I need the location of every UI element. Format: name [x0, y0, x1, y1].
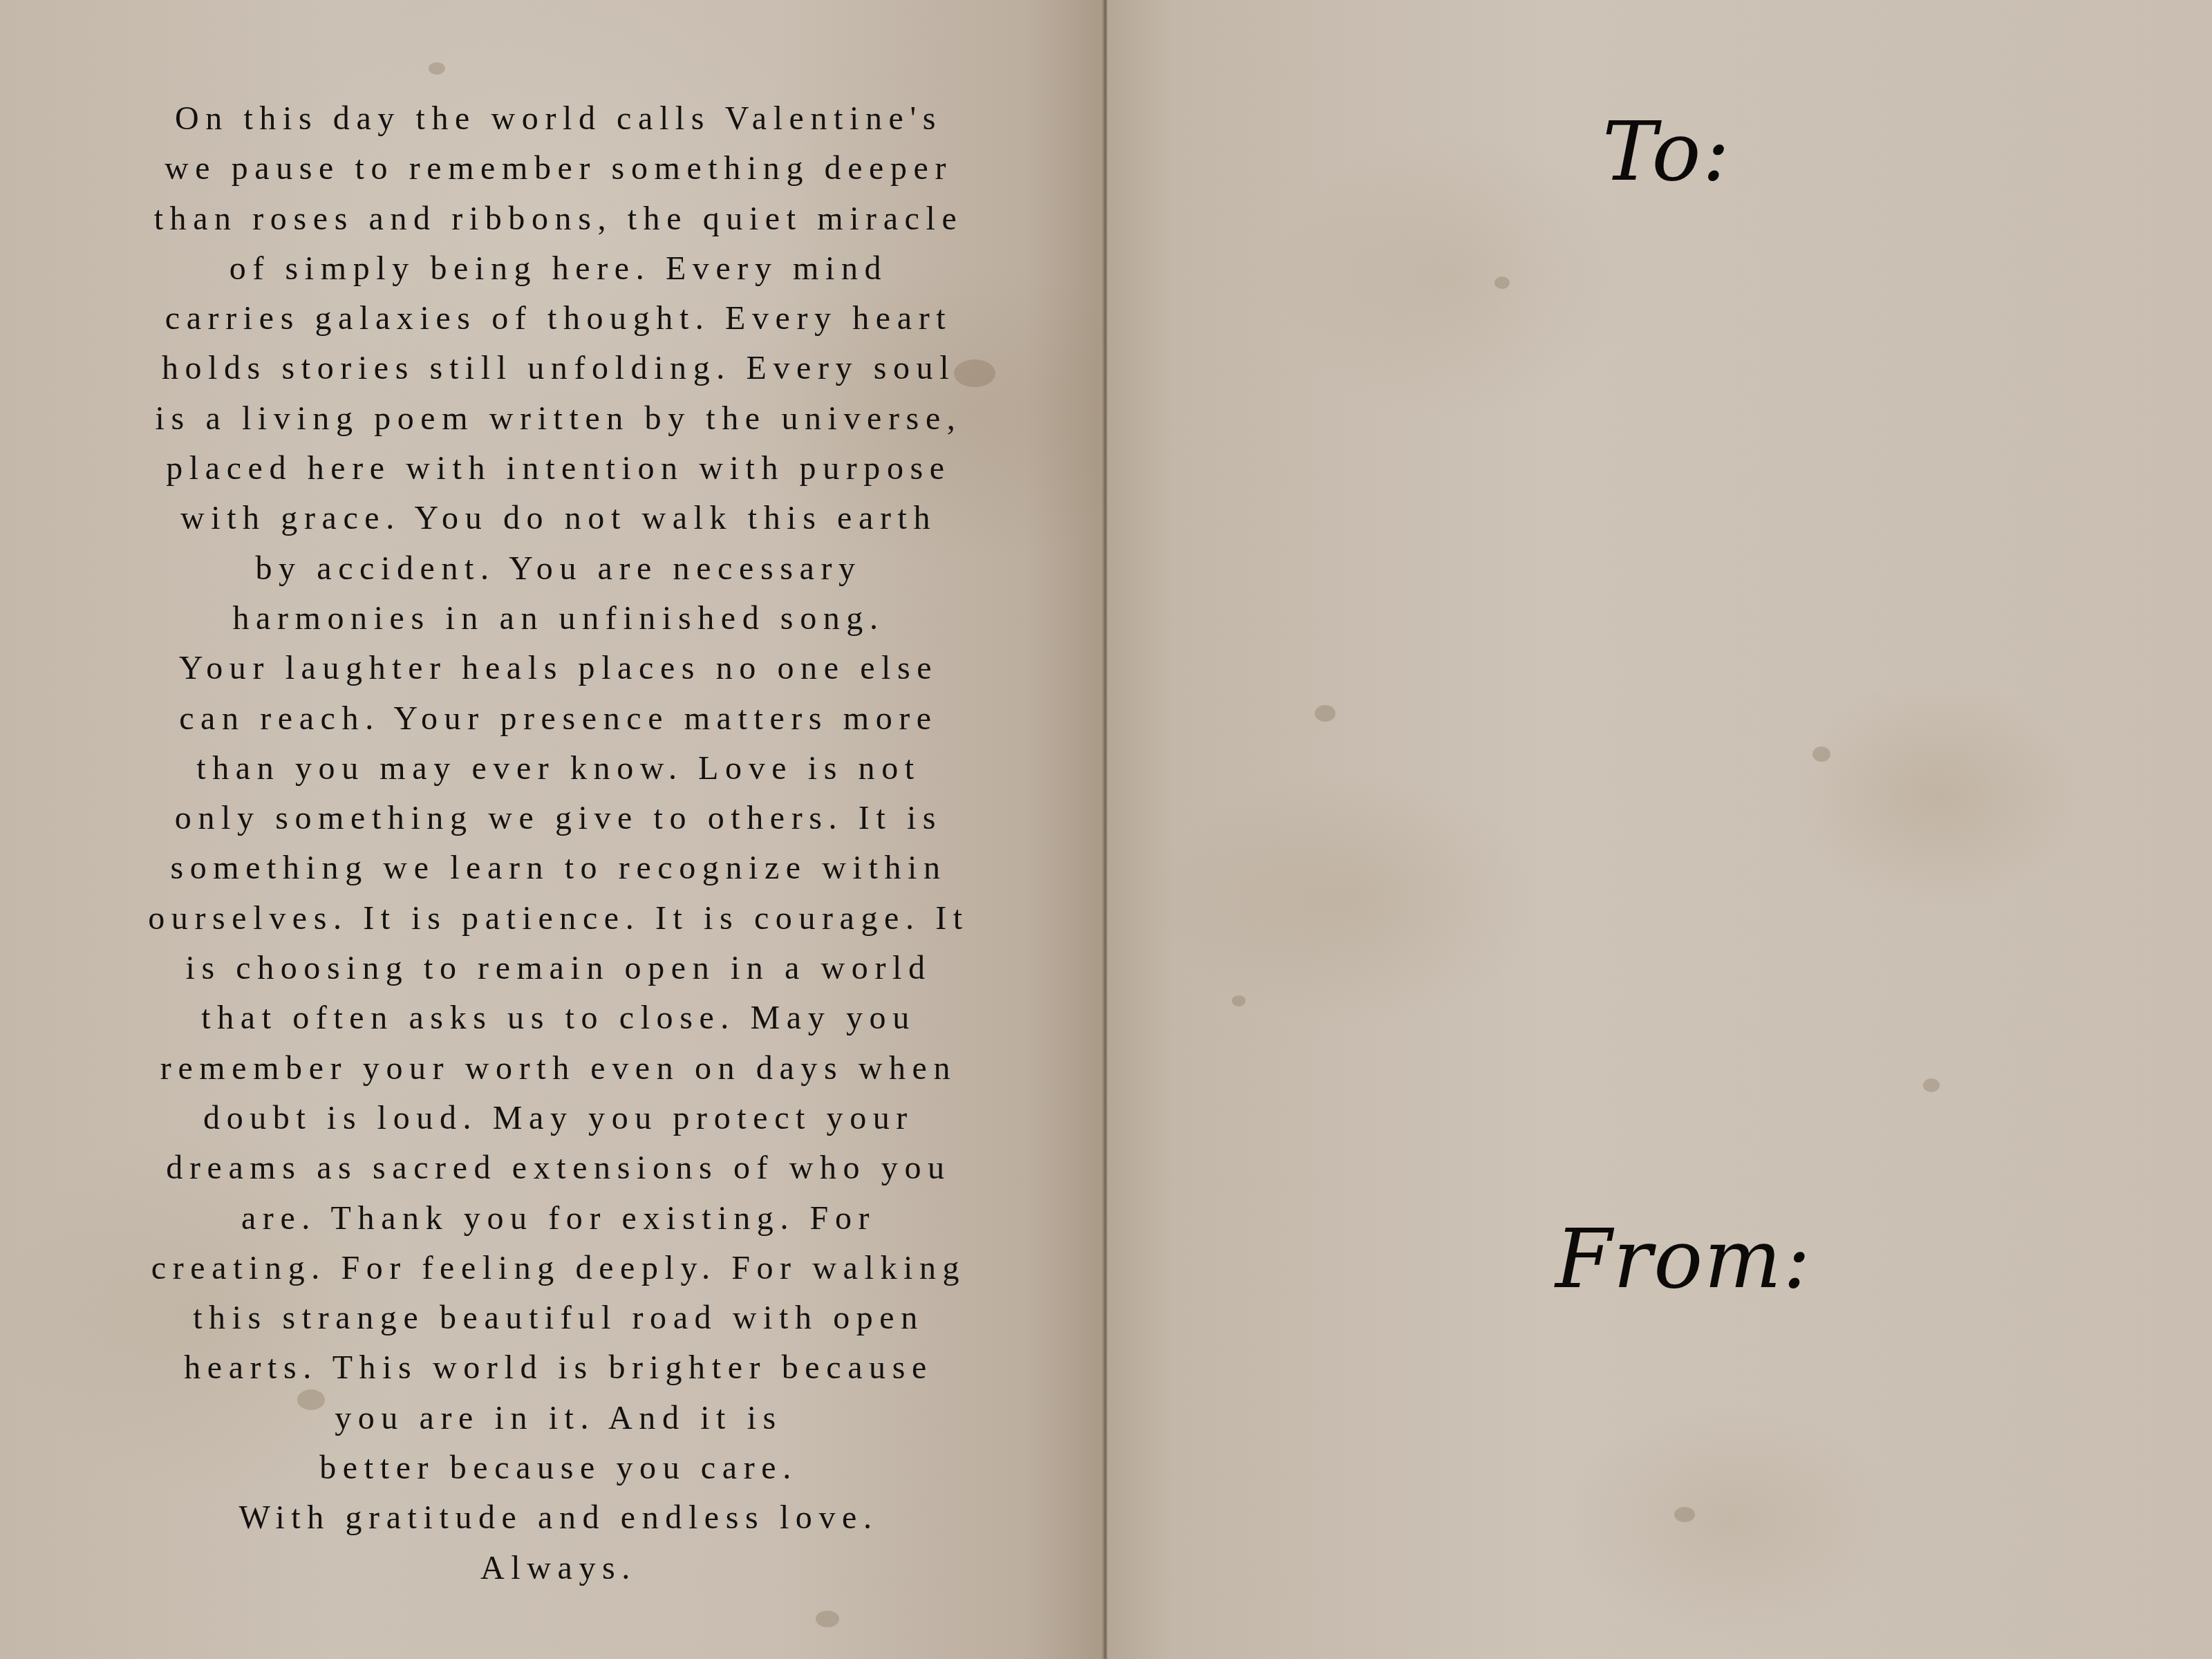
message-line: remember your worth even on days when [62, 1044, 1055, 1094]
message-line: ourselves. It is patience. It is courage… [62, 894, 1055, 944]
right-page [1107, 0, 2212, 1659]
valentine-message: On this day the world calls Valentine's … [62, 94, 1055, 1593]
message-line: this strange beautiful road with open [62, 1293, 1055, 1343]
message-line: than roses and ribbons, the quiet miracl… [62, 194, 1055, 244]
paper-stain [1812, 747, 1830, 762]
message-line: can reach. Your presence matters more [62, 694, 1055, 744]
paper-stain [429, 62, 445, 75]
message-line: On this day the world calls Valentine's [62, 94, 1055, 144]
message-line: hearts. This world is brighter because [62, 1343, 1055, 1393]
message-line: Your laughter heals places no one else [62, 644, 1055, 693]
message-line: doubt is loud. May you protect your [62, 1094, 1055, 1143]
message-line: Always. [62, 1544, 1055, 1593]
message-line: placed here with intention with purpose [62, 444, 1055, 494]
greeting-card-spread: On this day the world calls Valentine's … [0, 0, 2212, 1659]
message-line: is choosing to remain open in a world [62, 944, 1055, 993]
left-page: On this day the world calls Valentine's … [0, 0, 1105, 1659]
message-line: we pause to remember something deeper [62, 144, 1055, 194]
message-line: are. Thank you for existing. For [62, 1194, 1055, 1244]
message-line: of simply being here. Every mind [62, 244, 1055, 294]
message-line: harmonies in an unfinished song. [62, 594, 1055, 644]
message-line: by accident. You are necessary [62, 544, 1055, 594]
message-line: holds stories still unfolding. Every sou… [62, 344, 1055, 393]
paper-stain [1232, 995, 1246, 1006]
message-line: With gratitude and endless love. [62, 1493, 1055, 1543]
paper-stain [1674, 1507, 1695, 1522]
message-line: creating. For feeling deeply. For walkin… [62, 1244, 1055, 1293]
paper-stain [1494, 276, 1510, 289]
to-label: To: [1602, 104, 1731, 199]
message-line: is a living poem written by the universe… [62, 394, 1055, 444]
message-line: carries galaxies of thought. Every heart [62, 294, 1055, 344]
message-line: with grace. You do not walk this earth [62, 494, 1055, 543]
paper-stain [1923, 1078, 1940, 1092]
message-line: dreams as sacred extensions of who you [62, 1143, 1055, 1193]
message-line: you are in it. And it is [62, 1394, 1055, 1443]
message-line: that often asks us to close. May you [62, 993, 1055, 1043]
message-line: than you may ever know. Love is not [62, 744, 1055, 794]
paper-stain [1315, 705, 1335, 722]
paper-stain [816, 1611, 839, 1627]
message-line: better because you care. [62, 1443, 1055, 1493]
from-label: From: [1555, 1211, 1812, 1306]
message-line: only something we give to others. It is [62, 794, 1055, 843]
message-line: something we learn to recognize within [62, 843, 1055, 893]
